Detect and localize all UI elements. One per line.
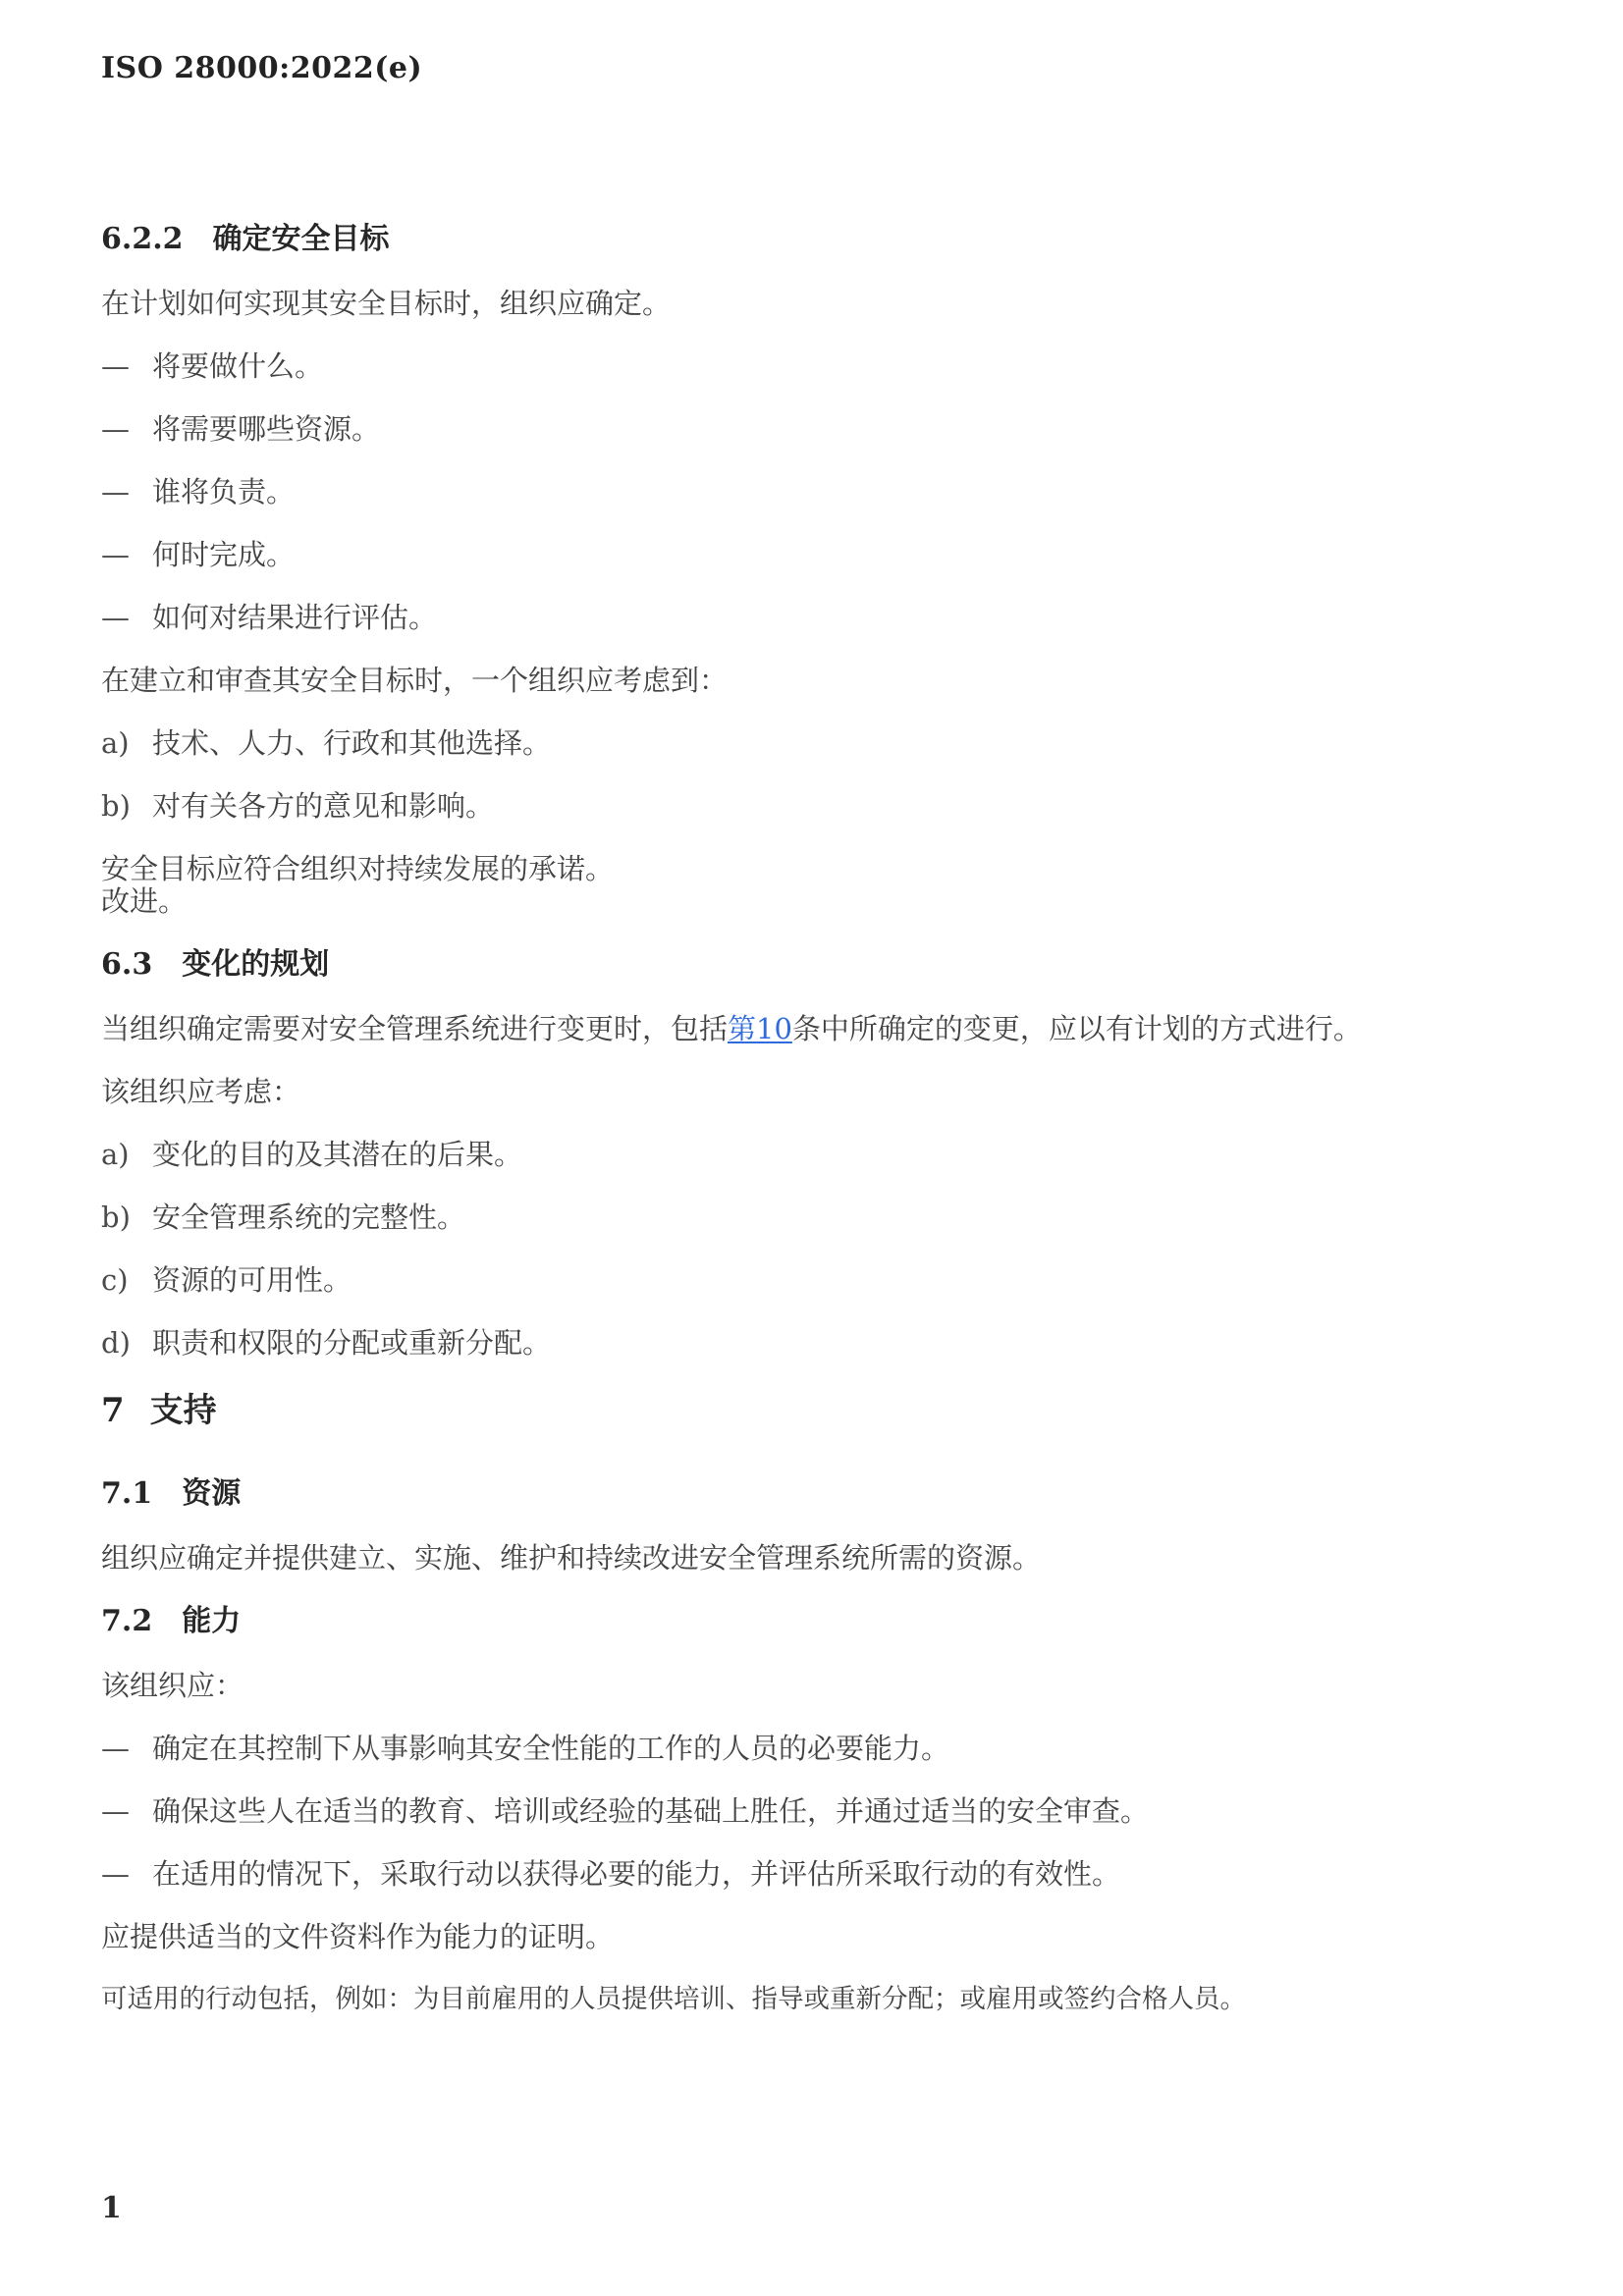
dash-marker: — [101, 1858, 152, 1891]
list-item: — 何时完成。 [101, 539, 1525, 571]
item-text: 确保这些人在适当的教育、培训或经验的基础上胜任，并通过适当的安全审查。 [152, 1795, 1525, 1828]
link-clause-10[interactable]: 第10 [728, 1012, 792, 1045]
clause-title: 支持 [150, 1391, 217, 1430]
heading-7-1: 7.1资源 [101, 1477, 1525, 1511]
lettered-list-622: a) 技术、人力、行政和其他选择。 b) 对有关各方的意见和影响。 [101, 727, 1525, 823]
list-item: — 谁将负责。 [101, 476, 1525, 508]
item-text: 资源的可用性。 [152, 1264, 1525, 1297]
item-text: 何时完成。 [152, 539, 1525, 571]
dash-marker: — [101, 1795, 152, 1828]
dash-marker: — [101, 476, 152, 508]
list-item: — 确定在其控制下从事影响其安全性能的工作的人员的必要能力。 [101, 1733, 1525, 1765]
page-number: 1 [101, 2191, 122, 2225]
list-item: b) 对有关各方的意见和影响。 [101, 790, 1525, 823]
list-item: — 在适用的情况下，采取行动以获得必要的能力，并评估所采取行动的有效性。 [101, 1858, 1525, 1891]
clause-title: 能力 [182, 1604, 241, 1638]
text-segment: 条中所确定的变更，应以有计划的方式进行。 [792, 1012, 1362, 1045]
page-header: ISO 28000:2022(e) [101, 51, 1525, 85]
list-item: d) 职责和权限的分配或重新分配。 [101, 1327, 1525, 1360]
item-text: 如何对结果进行评估。 [152, 602, 1525, 634]
paragraph-63-consider: 该组织应考虑： [101, 1076, 1525, 1108]
heading-6-3: 6.3变化的规划 [101, 948, 1525, 982]
clause-title: 确定安全目标 [213, 222, 390, 256]
list-item: — 将要做什么。 [101, 350, 1525, 383]
item-text: 安全管理系统的完整性。 [152, 1201, 1525, 1234]
paragraph-622-intro: 在计划如何实现其安全目标时，组织应确定。 [101, 288, 1525, 320]
paragraph-72-evidence: 应提供适当的文件资料作为能力的证明。 [101, 1921, 1525, 1953]
clause-title: 资源 [182, 1476, 241, 1511]
list-item: a) 技术、人力、行政和其他选择。 [101, 727, 1525, 760]
text-line: 安全目标应符合组织对持续发展的承诺。 [101, 853, 1525, 885]
item-text: 变化的目的及其潜在的后果。 [152, 1139, 1525, 1171]
item-text: 对有关各方的意见和影响。 [152, 790, 1525, 823]
item-text: 将要做什么。 [152, 350, 1525, 383]
list-item: — 确保这些人在适当的教育、培训或经验的基础上胜任，并通过适当的安全审查。 [101, 1795, 1525, 1828]
item-marker: c) [101, 1264, 152, 1297]
clause-number: 6.2.2 [101, 222, 184, 256]
item-text: 谁将负责。 [152, 476, 1525, 508]
item-text: 将需要哪些资源。 [152, 413, 1525, 446]
list-item: c) 资源的可用性。 [101, 1264, 1525, 1297]
dash-marker: — [101, 350, 152, 383]
clause-number: 7.1 [101, 1476, 152, 1511]
clause-number: 7 [101, 1391, 125, 1430]
heading-7: 7支持 [101, 1392, 1525, 1429]
lettered-list-63: a) 变化的目的及其潜在的后果。 b) 安全管理系统的完整性。 c) 资源的可用… [101, 1139, 1525, 1360]
heading-6-2-2: 6.2.2确定安全目标 [101, 223, 1525, 256]
text-line: 改进。 [101, 885, 1525, 918]
dash-list-72: — 确定在其控制下从事影响其安全性能的工作的人员的必要能力。 — 确保这些人在适… [101, 1733, 1525, 1891]
list-item: b) 安全管理系统的完整性。 [101, 1201, 1525, 1234]
item-marker: b) [101, 1201, 152, 1234]
text-segment: 当组织确定需要对安全管理系统进行变更时，包括 [101, 1012, 728, 1045]
paragraph-63-changes: 当组织确定需要对安全管理系统进行变更时，包括第10条中所确定的变更，应以有计划的… [101, 1013, 1525, 1045]
list-item: — 如何对结果进行评估。 [101, 602, 1525, 634]
paragraph-71-resources: 组织应确定并提供建立、实施、维护和持续改进安全管理系统所需的资源。 [101, 1542, 1525, 1575]
item-marker: b) [101, 790, 152, 823]
dash-list-622: — 将要做什么。 — 将需要哪些资源。 — 谁将负责。 — 何时完成。 — 如何… [101, 350, 1525, 634]
paragraph-622-consider: 在建立和审查其安全目标时，一个组织应考虑到： [101, 665, 1525, 697]
item-marker: a) [101, 1139, 152, 1171]
dash-marker: — [101, 413, 152, 446]
clause-title: 变化的规划 [182, 947, 329, 982]
dash-marker: — [101, 1733, 152, 1765]
item-text: 在适用的情况下，采取行动以获得必要的能力，并评估所采取行动的有效性。 [152, 1858, 1525, 1891]
clause-number: 7.2 [101, 1604, 152, 1638]
paragraph-72-note: 可适用的行动包括，例如：为目前雇用的人员提供培训、指导或重新分配；或雇用或签约合… [101, 1984, 1525, 2014]
paragraph-622-closing: 安全目标应符合组织对持续发展的承诺。 改进。 [101, 853, 1525, 918]
item-text: 确定在其控制下从事影响其安全性能的工作的人员的必要能力。 [152, 1733, 1525, 1765]
item-marker: d) [101, 1327, 152, 1360]
dash-marker: — [101, 602, 152, 634]
dash-marker: — [101, 539, 152, 571]
item-text: 职责和权限的分配或重新分配。 [152, 1327, 1525, 1360]
list-item: a) 变化的目的及其潜在的后果。 [101, 1139, 1525, 1171]
item-text: 技术、人力、行政和其他选择。 [152, 727, 1525, 760]
clause-number: 6.3 [101, 947, 152, 982]
document-page: ISO 28000:2022(e) 6.2.2确定安全目标 在计划如何实现其安全… [0, 0, 1623, 2296]
item-marker: a) [101, 727, 152, 760]
heading-7-2: 7.2能力 [101, 1605, 1525, 1638]
paragraph-72-intro: 该组织应： [101, 1670, 1525, 1702]
list-item: — 将需要哪些资源。 [101, 413, 1525, 446]
